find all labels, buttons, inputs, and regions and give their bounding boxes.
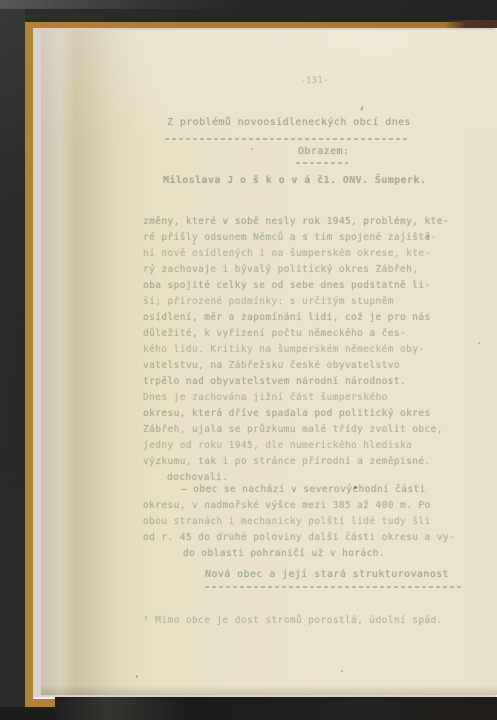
text-line: jedny od roku 1945, dle numerického hled…: [143, 438, 412, 454]
paragraph-block-2: — obec se nachází v severovýchodní části…: [143, 482, 443, 562]
page-bottom-shade: [41, 685, 497, 695]
byline: Miloslava J o š k o v á č1. ONV. Šumperk…: [163, 175, 426, 186]
bottom-frame-corner: [0, 707, 55, 720]
document-page: -131- Z problémů novoosídleneckých obcí …: [41, 30, 497, 695]
title-underline: [165, 138, 410, 140]
text-line: vatelstvu, na Zábřežsku české obyvatelst…: [143, 358, 400, 374]
ink-speck: [354, 486, 357, 489]
document-title: Z problémů novoosídleneckých obcí dnes: [167, 117, 411, 128]
text-line: ší; přirozené podmínky: s určitým stupně…: [143, 294, 394, 310]
frame-top-highlight: [0, 0, 240, 9]
text-line: změny, které v sobě nesly rok 1945, prob…: [143, 214, 449, 230]
text-line: okresu, která dříve spadala pod politick…: [143, 406, 431, 422]
section-heading: Nová obec a její stará strukturovanost: [205, 569, 449, 580]
ink-speck: [193, 243, 195, 245]
text-line: Zábřeh, ujala se průzkumu malé třídy zvo…: [143, 422, 443, 438]
text-line: Dnes je zachována jižní část šumperského: [143, 390, 388, 406]
ink-speck: [341, 670, 343, 672]
text-line: obou stranách i mechanicky polští lidé t…: [143, 514, 431, 530]
text-line: od r. 45 do druhé poloviny další části o…: [143, 530, 455, 546]
text-line: osídlení, měr a zapomínání lidí, což je …: [143, 310, 431, 326]
text-line: trpělo nad obyvatelstvem národní národno…: [143, 374, 406, 390]
text-line: oba spojité celky se od sebe dnes podsta…: [143, 278, 431, 294]
text-line: do oblasti pohraničí už v horách.: [183, 546, 385, 562]
bottom-frame: [55, 697, 497, 720]
ink-speck: [478, 342, 480, 344]
scanned-document-photo: -131- Z problémů novoosídleneckých obcí …: [0, 0, 497, 720]
text-line: ní nově osídlených i na šumperském okres…: [143, 246, 431, 262]
text-line: — obec se nachází v severovýchodní části: [181, 482, 426, 498]
text-line: výzkumu, tak i po stránce přírodní a zem…: [143, 454, 431, 470]
ink-speck: [251, 148, 253, 150]
frame-left-sheen: [0, 0, 25, 720]
footnote-line: ¹ Mimo obce je dost stromů porostlá, údo…: [143, 615, 443, 626]
ink-speck: [136, 675, 138, 678]
text-line: rý zachovaje i bývalý politický okres Zá…: [143, 262, 418, 278]
paragraph-block-1: změny, které v sobě nesly rok 1945, prob…: [143, 214, 443, 486]
text-line: ré přišly odsunem Němců a s tím spojené …: [143, 230, 437, 246]
section-heading-underline: [205, 586, 461, 588]
page-top-light: [41, 30, 497, 150]
page-number: -131-: [300, 75, 330, 87]
text-line: kého lidu. Kritiky na šumperském německé…: [143, 342, 425, 358]
section-subtitle: Obrazem:: [298, 146, 349, 157]
subtitle-underline: [296, 162, 348, 164]
text-line: okresu, v nadmořské výšce mezi 385 až 40…: [143, 498, 431, 514]
text-line: důležité, k vyřízení počtu německého a č…: [143, 326, 406, 342]
